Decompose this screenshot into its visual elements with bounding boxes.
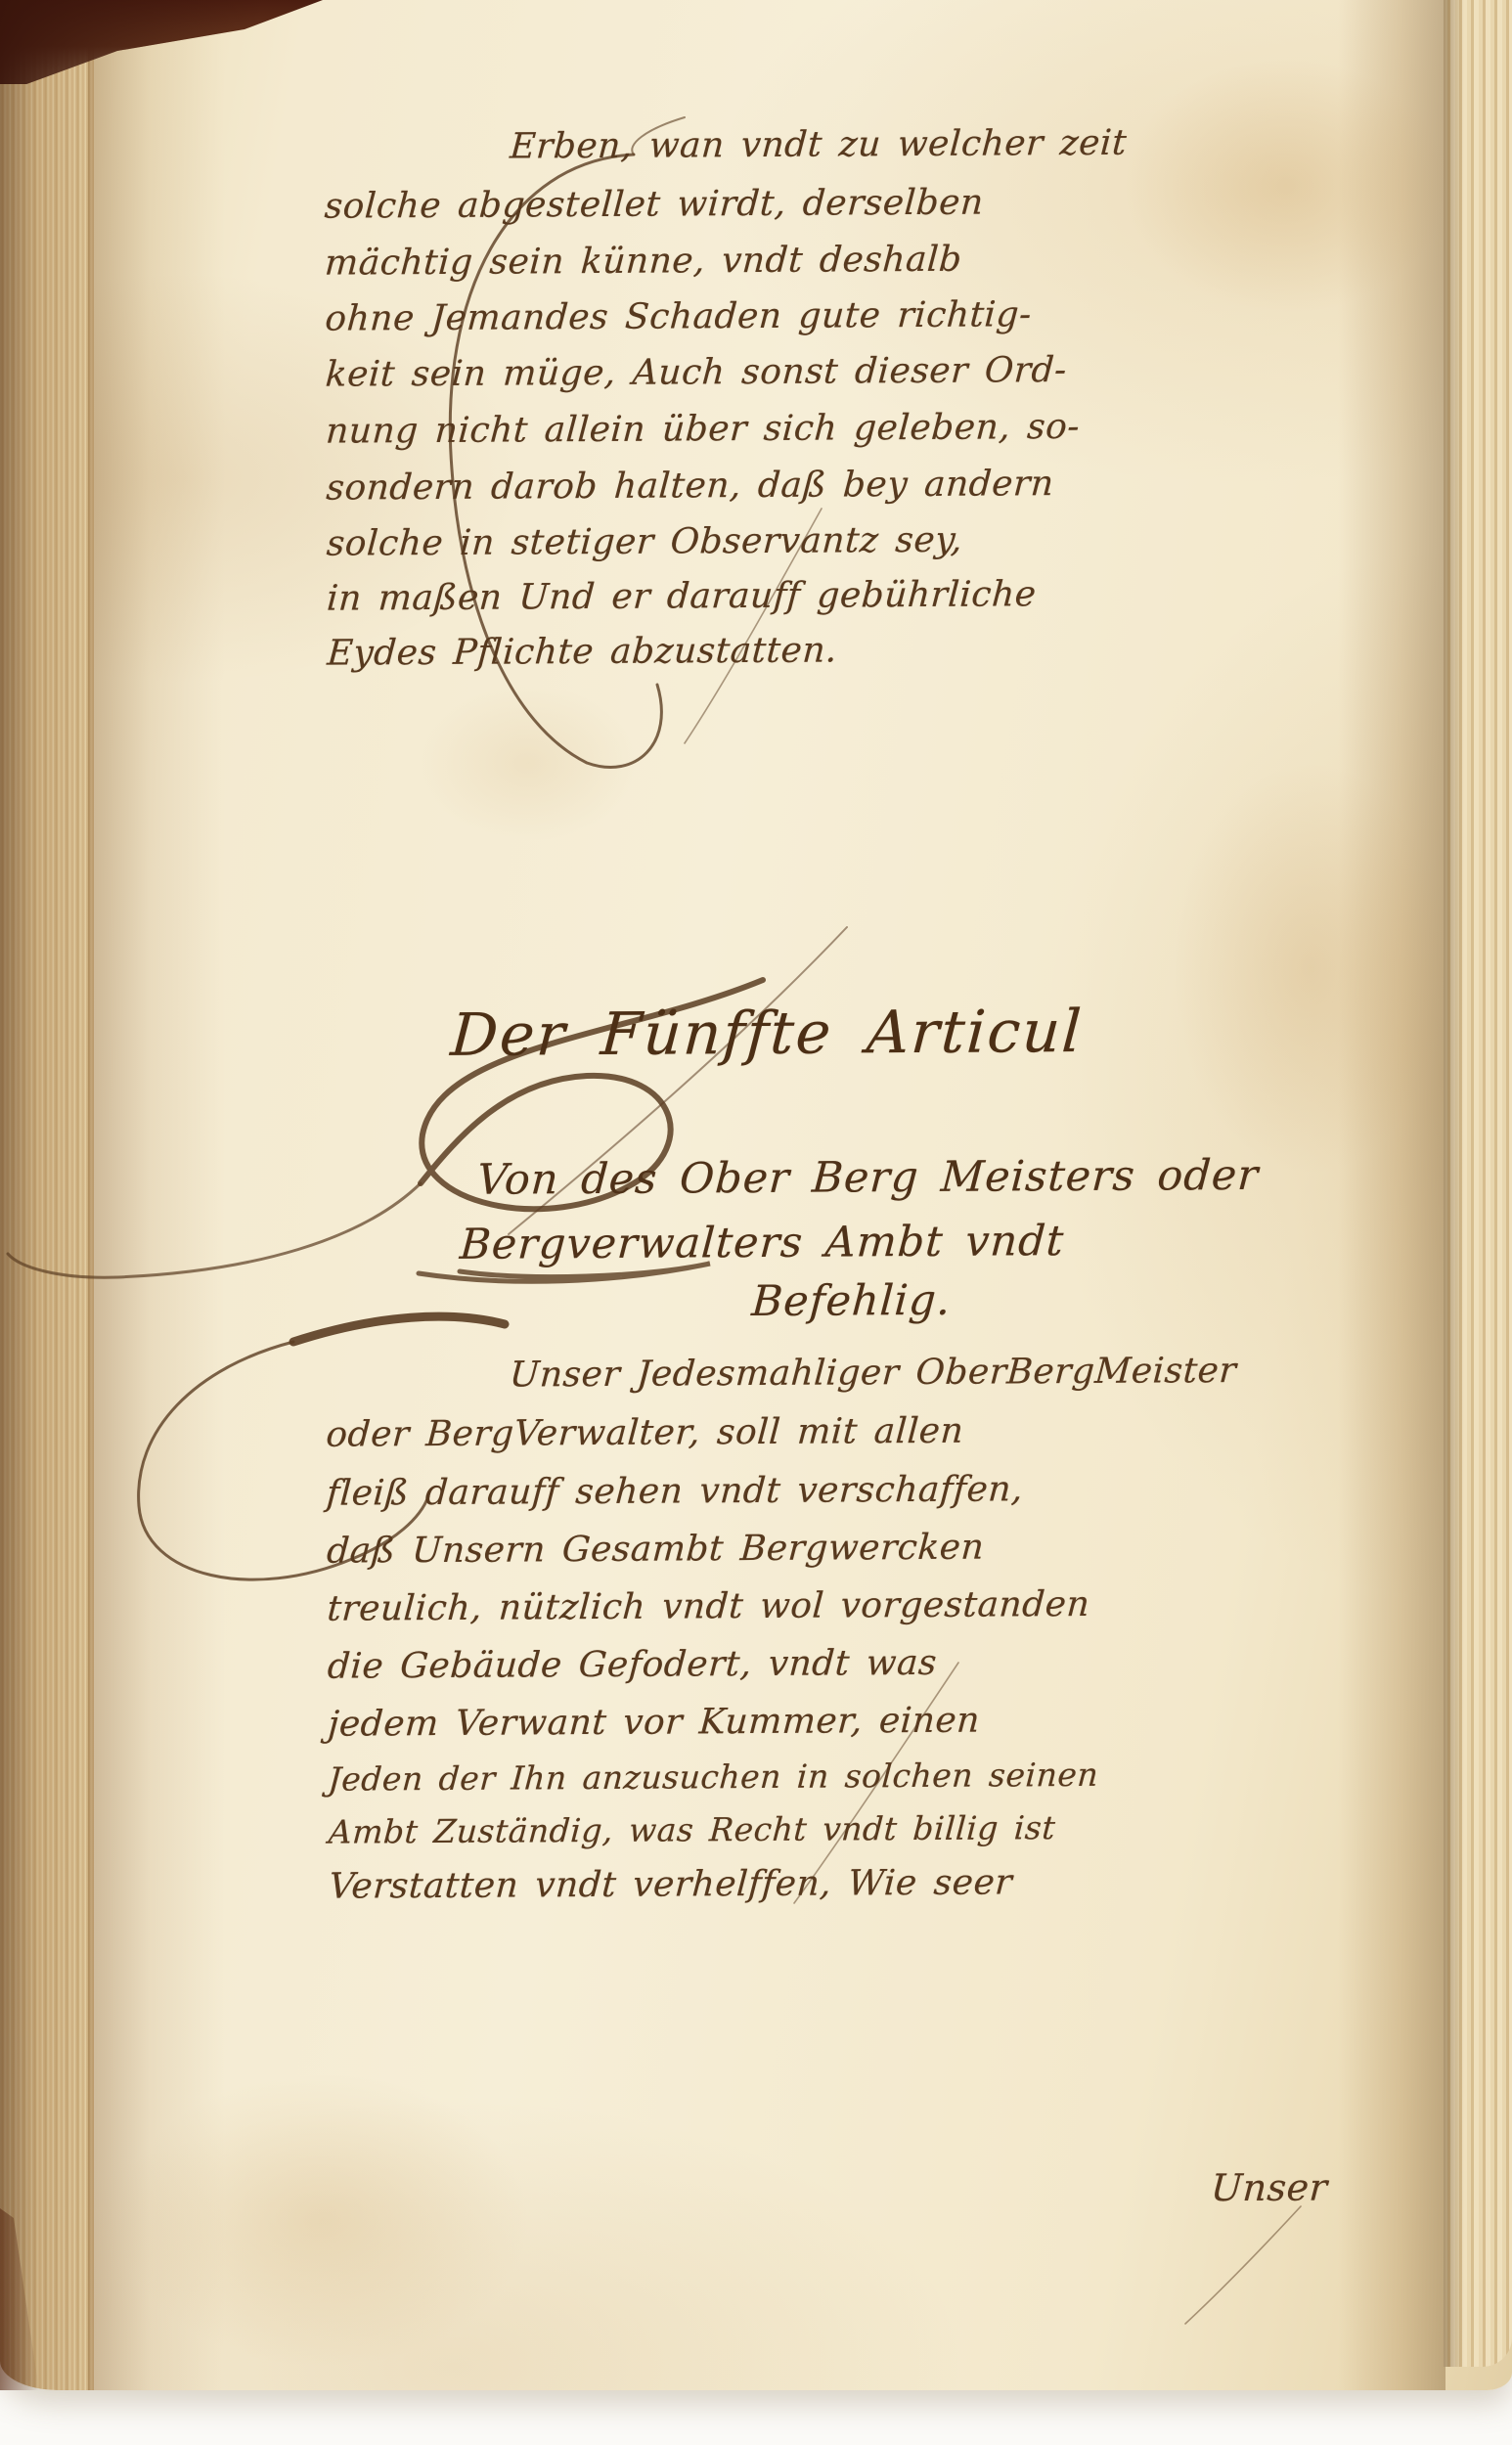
section-title-line: Befehlig.: [750, 1276, 953, 1326]
manuscript-line: die Gebäude Gefodert, vndt was: [327, 1643, 939, 1687]
manuscript-line: daß Unsern Gesambt Bergwercken: [326, 1528, 986, 1572]
manuscript-line: ohne Jemandes Schaden gute richtig-: [324, 294, 1033, 338]
manuscript-line: treulich, nützlich vndt wol vorgestanden: [326, 1584, 1090, 1629]
article-heading: Der Fünffte Articul: [449, 998, 1086, 1070]
manuscript-line: mächtig sein künne, vndt deshalb: [324, 240, 963, 284]
manuscript-line: fleiß darauff sehen vndt verschaffen,: [326, 1469, 1025, 1513]
manuscript-line: Unser Jedesmahliger OberBergMeister: [509, 1351, 1238, 1396]
manuscript-line: solche in stetiger Observantz sey,: [326, 520, 964, 564]
manuscript-line: Jeden der Ihn anzusuchen in solchen sein…: [327, 1756, 1099, 1799]
manuscript-line: Erben, wan vndt zu welcher zeit: [509, 123, 1128, 167]
manuscript-line: Eydes Pflichte abzustatten.: [326, 630, 838, 673]
manuscript-line: oder BergVerwalter, soll mit allen: [325, 1411, 964, 1455]
manuscript-line: solche abgestellet wirdt, derselben: [324, 183, 986, 227]
manuscript-line: sondern darob halten, daß bey andern: [325, 464, 1055, 509]
manuscript-line: Ambt Zuständig, was Recht vndt billig is…: [328, 1808, 1057, 1851]
section-title-line: Von des Ober Berg Meisters oder: [475, 1151, 1260, 1205]
manuscript-line: in maßen Und er darauff gebührliche: [326, 574, 1038, 618]
manuscript-line: jedem Verwant vor Kummer, einen: [327, 1701, 981, 1745]
manuscript-line: nung nicht allein über sich geleben, so-: [325, 407, 1081, 452]
manuscript-line: Verstatten vndt verhelffen, Wie seer: [328, 1862, 1013, 1906]
manuscript-photo: Erben, wan vndt zu welcher zeit solche a…: [0, 0, 1512, 2445]
catchword: Unser: [1210, 2165, 1329, 2209]
section-title-line: Bergverwalters Ambt vndt: [459, 1217, 1066, 1269]
handwritten-text-block: Erben, wan vndt zu welcher zeit solche a…: [0, 0, 1512, 2395]
manuscript-line: keit sein müge, Auch sonst dieser Ord-: [325, 350, 1069, 395]
